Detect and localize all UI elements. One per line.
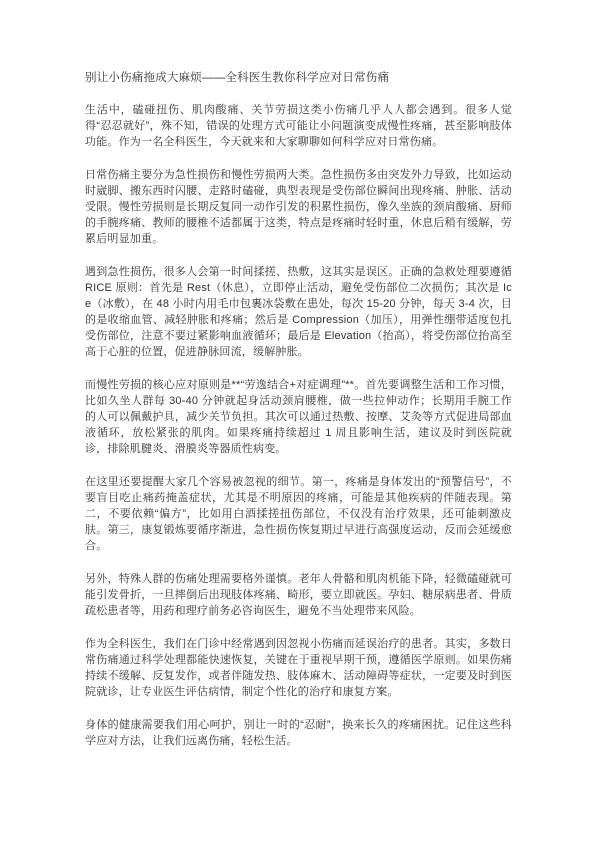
paragraph-doctor-advice: 作为全科医生，我们在门诊中经常遇到因忽视小伤痛而延误治疗的患者。其实，多数日常伤… xyxy=(85,636,512,700)
paragraph-chronic-strain: 而慢性劳损的核心应对原则是**“劳逸结合+对症调理”**。首先要调整生活和工作习… xyxy=(85,377,512,457)
paragraph-special-groups: 另外，特殊人群的伤痛处理需要格外谨慎。老年人骨骼和肌肉机能下降，轻微磕碰就可能引… xyxy=(85,571,512,619)
paragraph-closing: 身体的健康需要我们用心呵护，别让一时的“忍耐”，换来长久的疼痛困扰。记住这些科学… xyxy=(85,717,512,749)
paragraph-overlooked-details: 在这里还要提醒大家几个容易被忽视的细节。第一，疼痛是身体发出的“预警信号”，不要… xyxy=(85,474,512,554)
document-title: 别让小伤痛拖成大麻烦——全科医生教你科学应对日常伤痛 xyxy=(85,70,512,86)
paragraph-rice-principle: 遇到急性损伤，很多人会第一时间揉搓、热敷，这其实是误区。正确的急救处理要遵循 R… xyxy=(85,264,512,360)
paragraph-injury-types: 日常伤痛主要分为急性损伤和慢性劳损两大类。急性损伤多由突发外力导致，比如运动时崴… xyxy=(85,167,512,247)
paragraph-intro: 生活中，磕碰扭伤、肌肉酸痛、关节劳损这类小伤痛几乎人人都会遇到。很多人觉得“忍忍… xyxy=(85,102,512,150)
document-page: 别让小伤痛拖成大麻烦——全科医生教你科学应对日常伤痛 生活中，磕碰扭伤、肌肉酸痛… xyxy=(0,0,595,841)
